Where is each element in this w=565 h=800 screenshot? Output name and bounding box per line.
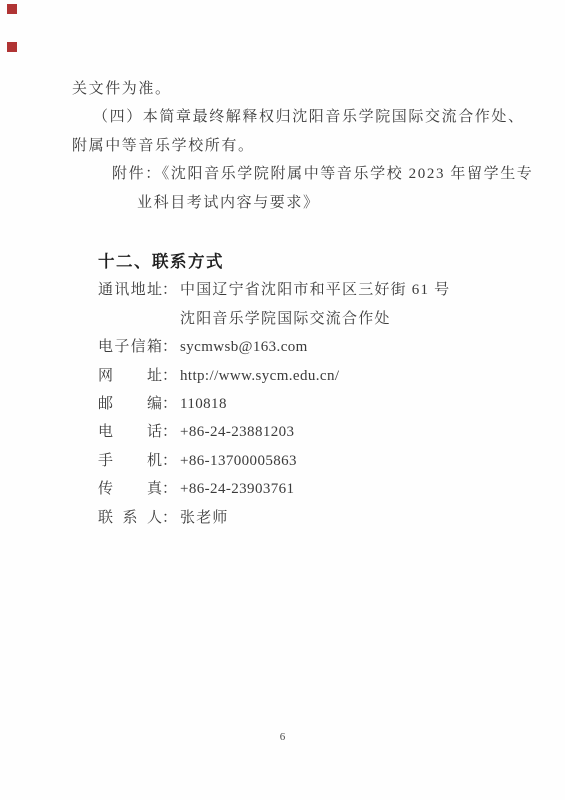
red-stamp-mark [7,4,17,14]
document-content: 关文件为准。 （四）本简章最终解释权归沈阳音乐学院国际交流合作处、 附属中等音乐… [72,75,510,532]
body-line: （四）本简章最终解释权归沈阳音乐学院国际交流合作处、 [72,103,510,131]
contact-row: 联系人：张老师 [72,504,510,532]
red-stamp-mark [7,42,17,52]
contact-value: http://www.sycm.edu.cn/ [180,368,339,384]
contact-label: 网址 [98,362,162,390]
body-line: 关文件为准。 [72,75,510,103]
contact-value: 张老师 [180,510,229,526]
contact-value: sycmwsb@163.com [180,339,308,355]
contact-label: 电子信箱 [98,333,162,361]
contact-row: 传真：+86-24-23903761 [72,475,510,503]
contact-row: 电子信箱：sycmwsb@163.com [72,333,510,361]
contact-row: 沈阳音乐学院国际交流合作处 [72,305,510,333]
body-line: 附属中等音乐学校所有。 [72,132,510,160]
contact-row: 电话：+86-24-23881203 [72,418,510,446]
contact-label: 邮编 [98,390,162,418]
contact-value: 沈阳音乐学院国际交流合作处 [180,311,391,327]
contact-row: 手机：+86-13700005863 [72,447,510,475]
attachment-line: 附件：《沈阳音乐学院附属中等音乐学校 2023 年留学生专 [72,160,510,188]
section-heading: 十二、联系方式 [72,248,510,276]
contact-row: 通讯地址：中国辽宁省沈阳市和平区三好街 61 号 [72,276,510,304]
contact-row: 邮编：110818 [72,390,510,418]
section-gap [72,217,510,248]
contact-value: +86-13700005863 [180,453,297,469]
contact-colon: ： [162,418,180,446]
page-number: 6 [0,731,565,743]
contact-colon: ： [162,447,180,475]
contact-value: 110818 [180,396,227,412]
contact-colon: ： [162,276,180,304]
document-page: 关文件为准。 （四）本简章最终解释权归沈阳音乐学院国际交流合作处、 附属中等音乐… [0,0,565,800]
contact-colon: ： [162,504,180,532]
contact-colon: ： [162,333,180,361]
contact-value: 中国辽宁省沈阳市和平区三好街 61 号 [180,282,450,298]
contact-value: +86-24-23903761 [180,481,294,497]
contact-colon: ： [162,475,180,503]
contact-label: 传真 [98,475,162,503]
contact-list: 通讯地址：中国辽宁省沈阳市和平区三好街 61 号沈阳音乐学院国际交流合作处电子信… [72,276,510,532]
contact-colon: ： [162,362,180,390]
contact-label: 电话 [98,418,162,446]
contact-label: 通讯地址 [98,276,162,304]
contact-value: +86-24-23881203 [180,424,294,440]
attachment-line: 业科目考试内容与要求》 [72,189,510,217]
contact-colon: ： [162,390,180,418]
contact-row: 网址：http://www.sycm.edu.cn/ [72,362,510,390]
contact-label: 手机 [98,447,162,475]
contact-label: 联系人 [98,504,162,532]
